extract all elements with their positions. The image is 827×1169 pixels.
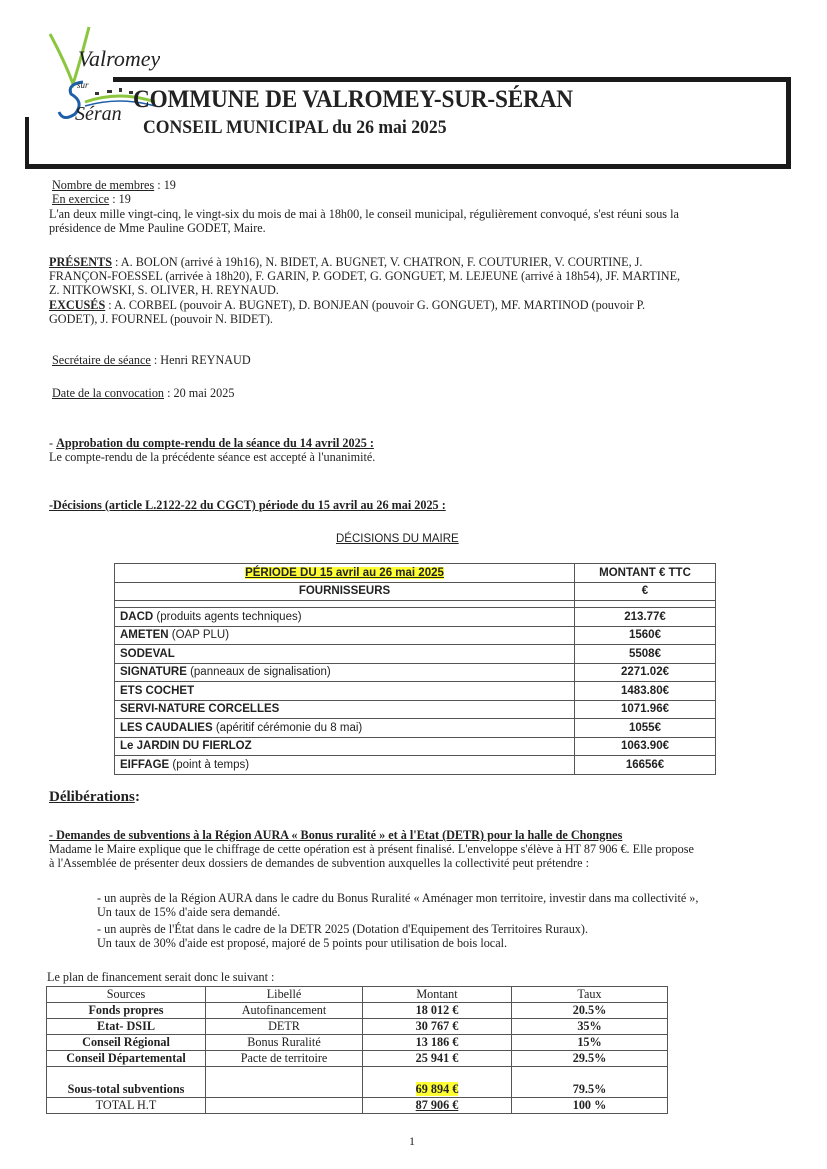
bullet-state-line-1: - un auprès de l'État dans le cadre de l…: [97, 922, 588, 936]
supplier-cell: Le JARDIN DU FIERLOZ: [115, 737, 575, 756]
convocation-date: Date de la convocation : 20 mai 2025: [52, 386, 234, 400]
present-line-1: PRÉSENTS : A. BOLON (arrivé à 19h16), N.…: [49, 255, 642, 269]
financing-row: Etat- DSIL DETR 30 767 € 35%: [47, 1019, 668, 1035]
decision-row: DACD (produits agents techniques) 213.77…: [115, 608, 716, 627]
present-line-2: FRANÇON-FOESSEL (arrivée à 18h20), F. GA…: [49, 269, 680, 283]
page-number: 1: [409, 1134, 415, 1149]
currency-header: €: [575, 582, 716, 601]
label-cell: DETR: [206, 1019, 363, 1035]
amount-cell: 5508€: [575, 645, 716, 664]
decisions-heading: -Décisions (article L.2122-22 du CGCT) p…: [49, 498, 446, 512]
header-frame-bottom: [25, 164, 791, 169]
deliberations-heading: Délibérations: [49, 789, 135, 806]
subsidy-para-line-1: Madame le Maire explique que le chiffrag…: [49, 842, 694, 856]
rate-cell: 20.5%: [512, 1003, 668, 1019]
total-rate: 100 %: [512, 1098, 668, 1114]
decision-row: LES CAUDALIES (apéritif cérémonie du 8 m…: [115, 719, 716, 738]
amount-cell: 1071.96€: [575, 700, 716, 719]
subtotal-label: Sous-total subventions: [47, 1067, 206, 1098]
amount-cell: 30 767 €: [363, 1019, 512, 1035]
council-subtitle: CONSEIL MUNICIPAL du 26 mai 2025: [143, 117, 447, 139]
excused-line-2: GODET), J. FOURNEL (pouvoir N. BIDET).: [49, 312, 273, 326]
amount-cell: 213.77€: [575, 608, 716, 627]
amount-cell: 16656€: [575, 756, 716, 775]
header-frame-top: [113, 77, 790, 82]
commune-title: COMMUNE DE VALROMEY-SUR-SÉRAN: [133, 86, 573, 114]
supplier-cell: EIFFAGE (point à temps): [115, 756, 575, 775]
supplier-cell: LES CAUDALIES (apéritif cérémonie du 8 m…: [115, 719, 575, 738]
present-line-3: Z. NITKOWSKI, S. OLIVER, H. REYNAUD.: [49, 283, 279, 297]
decision-row: SIGNATURE (panneaux de signalisation) 22…: [115, 663, 716, 682]
period-header: PÉRIODE DU 15 avril au 26 mai 2025: [115, 564, 575, 583]
decisions-table-title: DÉCISIONS DU MAIRE: [336, 533, 459, 545]
label-cell: Bonus Ruralité: [206, 1035, 363, 1051]
subtotal-amount: 69 894 €: [363, 1067, 512, 1098]
decision-row: ETS COCHET 1483.80€: [115, 682, 716, 701]
amount-cell: 25 941 €: [363, 1051, 512, 1067]
svg-text:Séran: Séran: [75, 103, 122, 125]
decision-row: SERVI-NATURE CORCELLES 1071.96€: [115, 700, 716, 719]
bullet-region-line-2: Un taux de 15% d'aide sera demandé.: [97, 905, 280, 919]
decision-row: SODEVAL 5508€: [115, 645, 716, 664]
amount-cell: 13 186 €: [363, 1035, 512, 1051]
bullet-state-line-2: Un taux de 30% d'aide est proposé, major…: [97, 936, 507, 950]
decision-row: AMETEN (OAP PLU) 1560€: [115, 626, 716, 645]
total-label: TOTAL H.T: [47, 1098, 206, 1114]
financing-row: Conseil Régional Bonus Ruralité 13 186 €…: [47, 1035, 668, 1051]
col-header-label: Libellé: [206, 987, 363, 1003]
supplier-cell: AMETEN (OAP PLU): [115, 626, 575, 645]
label-cell: Autofinancement: [206, 1003, 363, 1019]
amount-cell: 1483.80€: [575, 682, 716, 701]
financing-row: Conseil Départemental Pacte de territoir…: [47, 1051, 668, 1067]
financing-plan-table: Sources Libellé Montant Taux Fonds propr…: [46, 986, 668, 1114]
approval-heading: - Approbation du compte-rendu de la séan…: [49, 436, 374, 450]
mayor-decisions-table: PÉRIODE DU 15 avril au 26 mai 2025 MONTA…: [114, 563, 716, 775]
decision-row: EIFFAGE (point à temps) 16656€: [115, 756, 716, 775]
total-amount: 87 906 €: [363, 1098, 512, 1114]
subtotal-rate: 79.5%: [512, 1067, 668, 1098]
exercise-count: En exercice : 19: [52, 192, 131, 206]
intro-line-2: présidence de Mme Pauline GODET, Maire.: [49, 221, 266, 235]
amount-header: MONTANT € TTC: [575, 564, 716, 583]
secretary: Secrétaire de séance : Henri REYNAUD: [52, 353, 251, 367]
col-header-sources: Sources: [47, 987, 206, 1003]
amount-cell: 1055€: [575, 719, 716, 738]
svg-text:sur: sur: [77, 80, 89, 90]
amount-cell: 1560€: [575, 626, 716, 645]
total-row: TOTAL H.T 87 906 € 100 %: [47, 1098, 668, 1114]
supplier-cell: ETS COCHET: [115, 682, 575, 701]
suppliers-header: FOURNISSEURS: [115, 582, 575, 601]
decision-row: Le JARDIN DU FIERLOZ 1063.90€: [115, 737, 716, 756]
source-cell: Etat- DSIL: [47, 1019, 206, 1035]
excused-line-1: EXCUSÉS : A. CORBEL (pouvoir A. BUGNET),…: [49, 298, 645, 312]
col-header-amount: Montant: [363, 987, 512, 1003]
rate-cell: 35%: [512, 1019, 668, 1035]
approval-text: Le compte-rendu de la précédente séance …: [49, 450, 375, 464]
intro-line-1: L'an deux mille vingt-cinq, le vingt-six…: [49, 207, 679, 221]
source-cell: Conseil Régional: [47, 1035, 206, 1051]
source-cell: Fonds propres: [47, 1003, 206, 1019]
rate-cell: 15%: [512, 1035, 668, 1051]
supplier-cell: SODEVAL: [115, 645, 575, 664]
amount-cell: 2271.02€: [575, 663, 716, 682]
members-count: Nombre de membres : 19: [52, 178, 176, 192]
header-frame-right: [786, 77, 791, 169]
logo-text-valromey: Valromey: [78, 46, 160, 71]
source-cell: Conseil Départemental: [47, 1051, 206, 1067]
supplier-cell: SERVI-NATURE CORCELLES: [115, 700, 575, 719]
amount-cell: 18 012 €: [363, 1003, 512, 1019]
supplier-cell: DACD (produits agents techniques): [115, 608, 575, 627]
financing-row: Fonds propres Autofinancement 18 012 € 2…: [47, 1003, 668, 1019]
amount-cell: 1063.90€: [575, 737, 716, 756]
header-frame-left: [25, 117, 29, 169]
rate-cell: 29.5%: [512, 1051, 668, 1067]
supplier-cell: SIGNATURE (panneaux de signalisation): [115, 663, 575, 682]
subtotal-row: Sous-total subventions 69 894 € 79.5%: [47, 1067, 668, 1098]
subsidy-heading: - Demandes de subventions à la Région AU…: [49, 828, 622, 842]
label-cell: Pacte de territoire: [206, 1051, 363, 1067]
col-header-rate: Taux: [512, 987, 668, 1003]
bullet-region-line-1: - un auprès de la Région AURA dans le ca…: [97, 891, 698, 905]
subsidy-para-line-2: à l'Assemblée de présenter deux dossiers…: [49, 856, 589, 870]
financing-intro: Le plan de financement serait donc le su…: [47, 970, 274, 984]
